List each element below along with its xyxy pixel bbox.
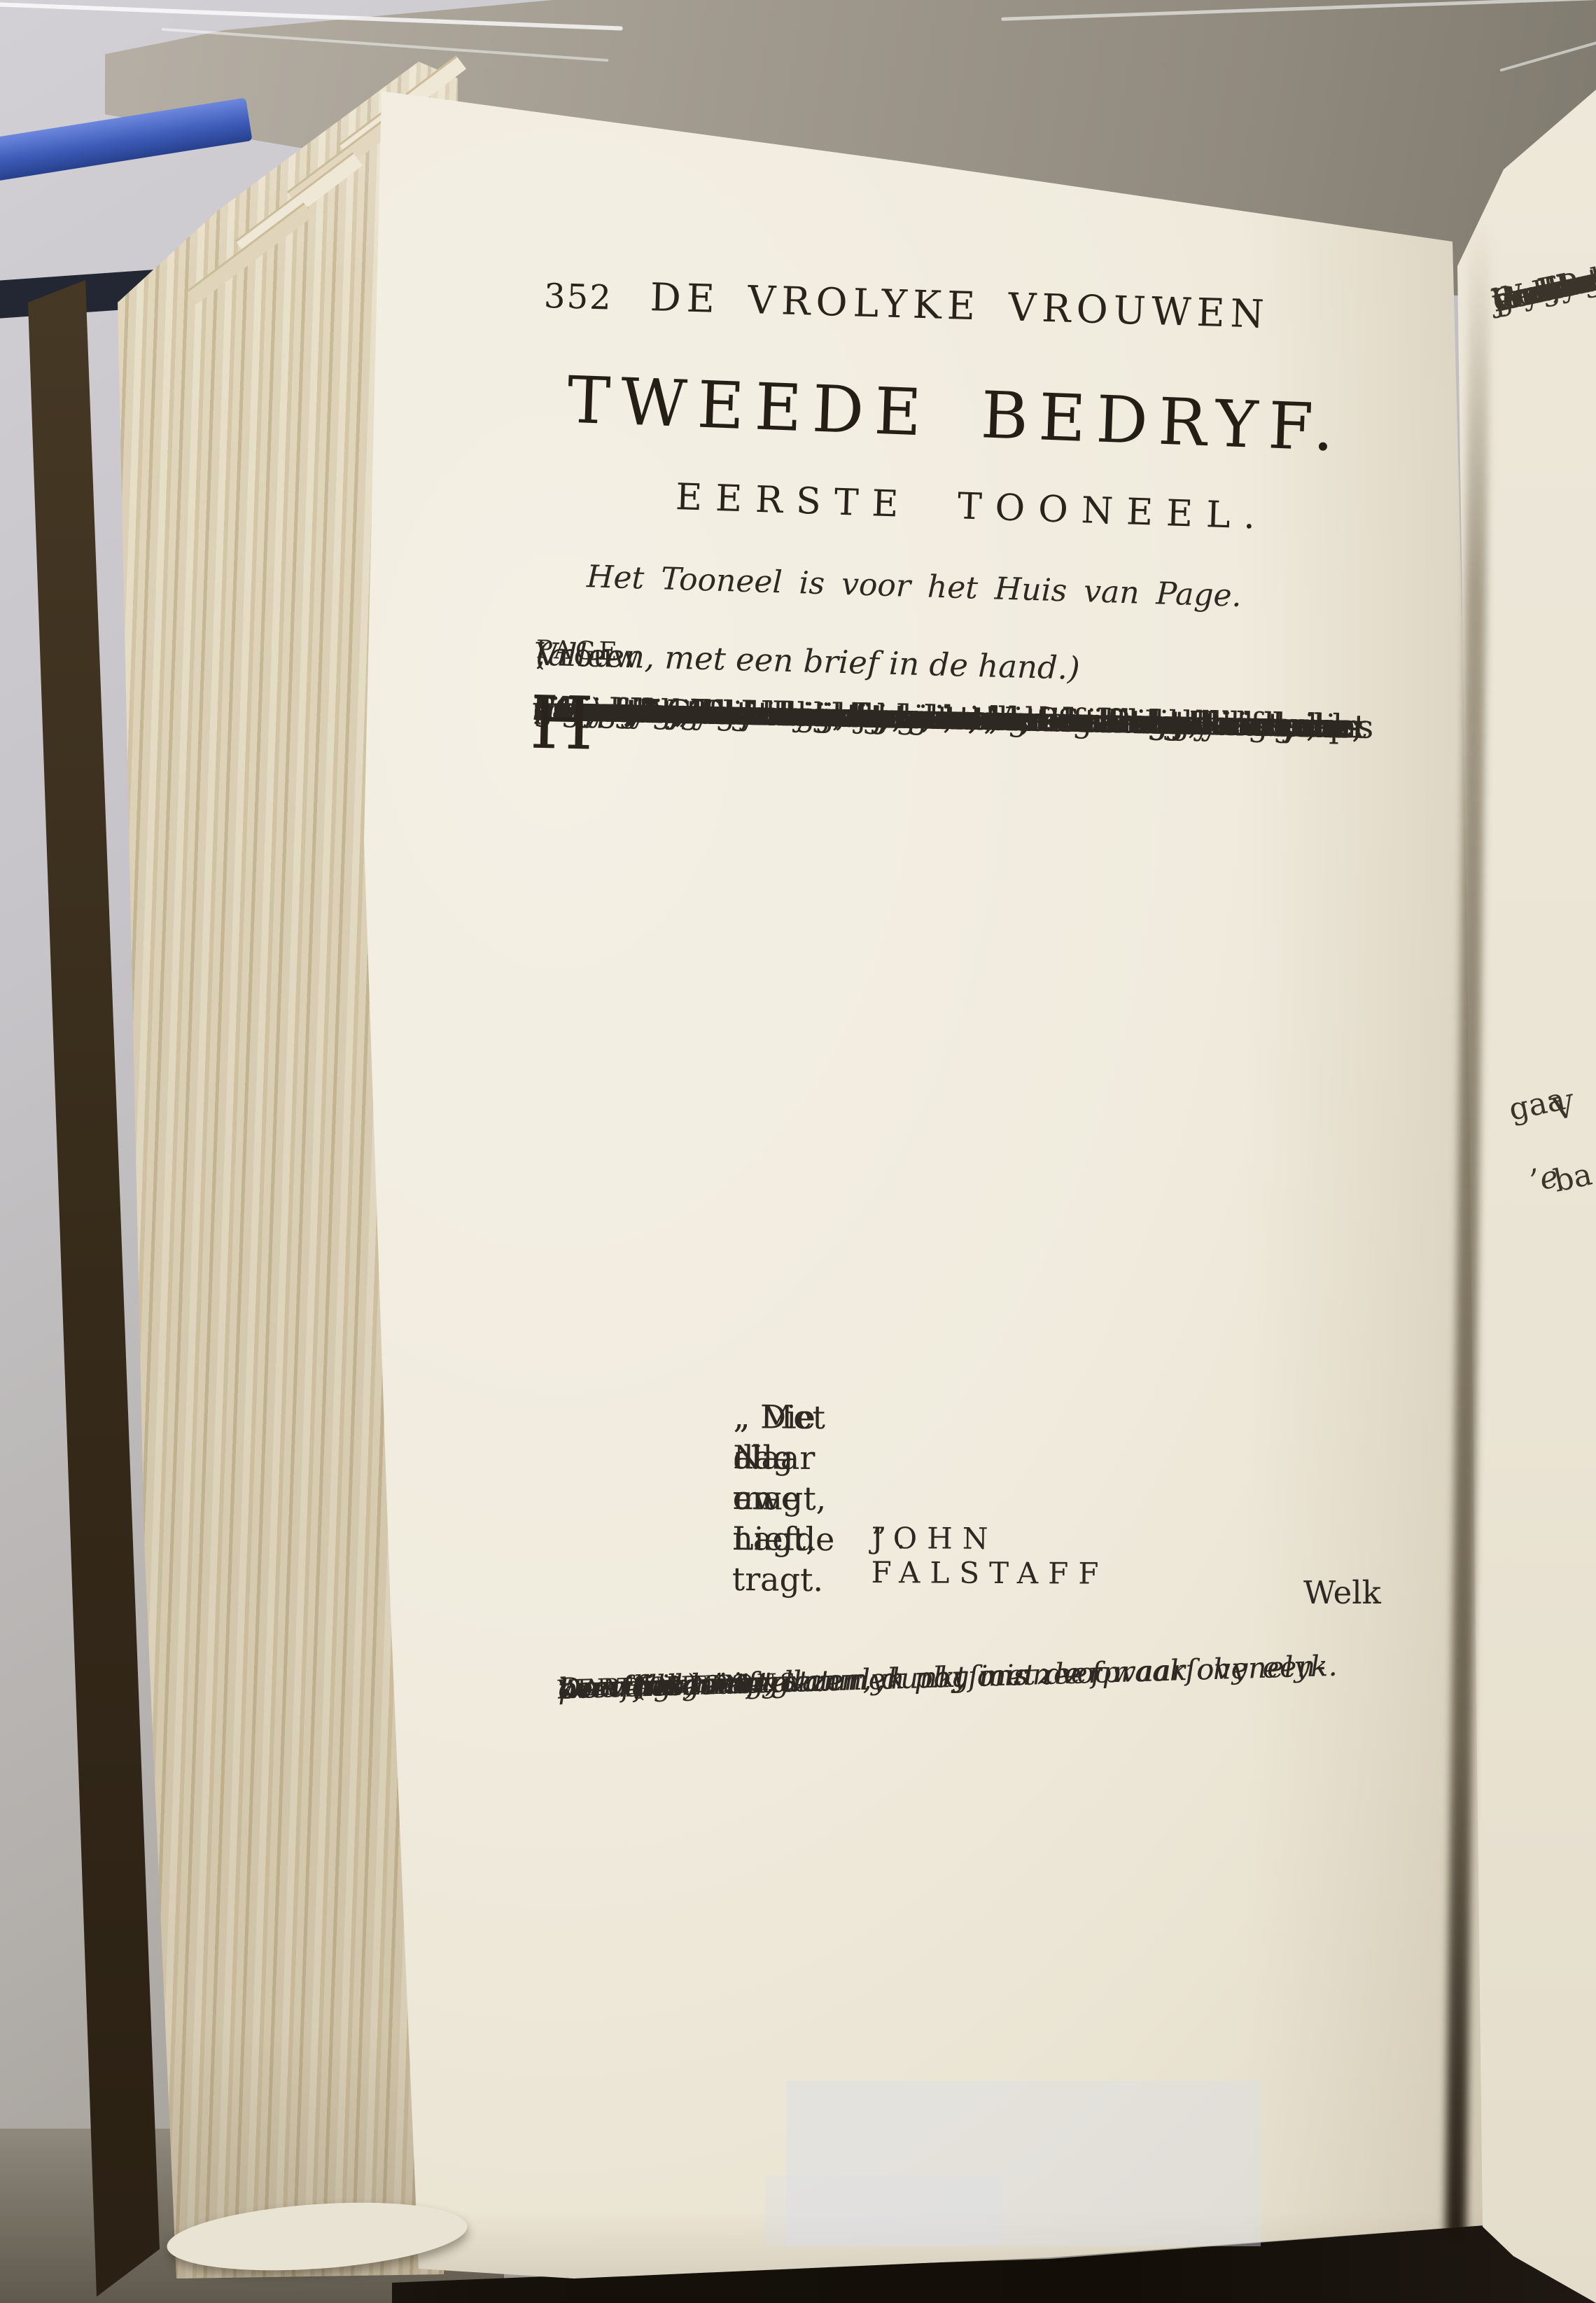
- photo-canvas: Welk eehoe boosouderdomjongen Mgedrag he…: [0, 0, 1596, 2303]
- blur-patch: [765, 2175, 1002, 2246]
- facing-page-text-fragments: Vgaa’eba: [1505, 1090, 1596, 1161]
- drop-cap: H: [529, 690, 594, 758]
- catchword: Welk: [1303, 1574, 1381, 1611]
- page-number: 352: [543, 277, 612, 318]
